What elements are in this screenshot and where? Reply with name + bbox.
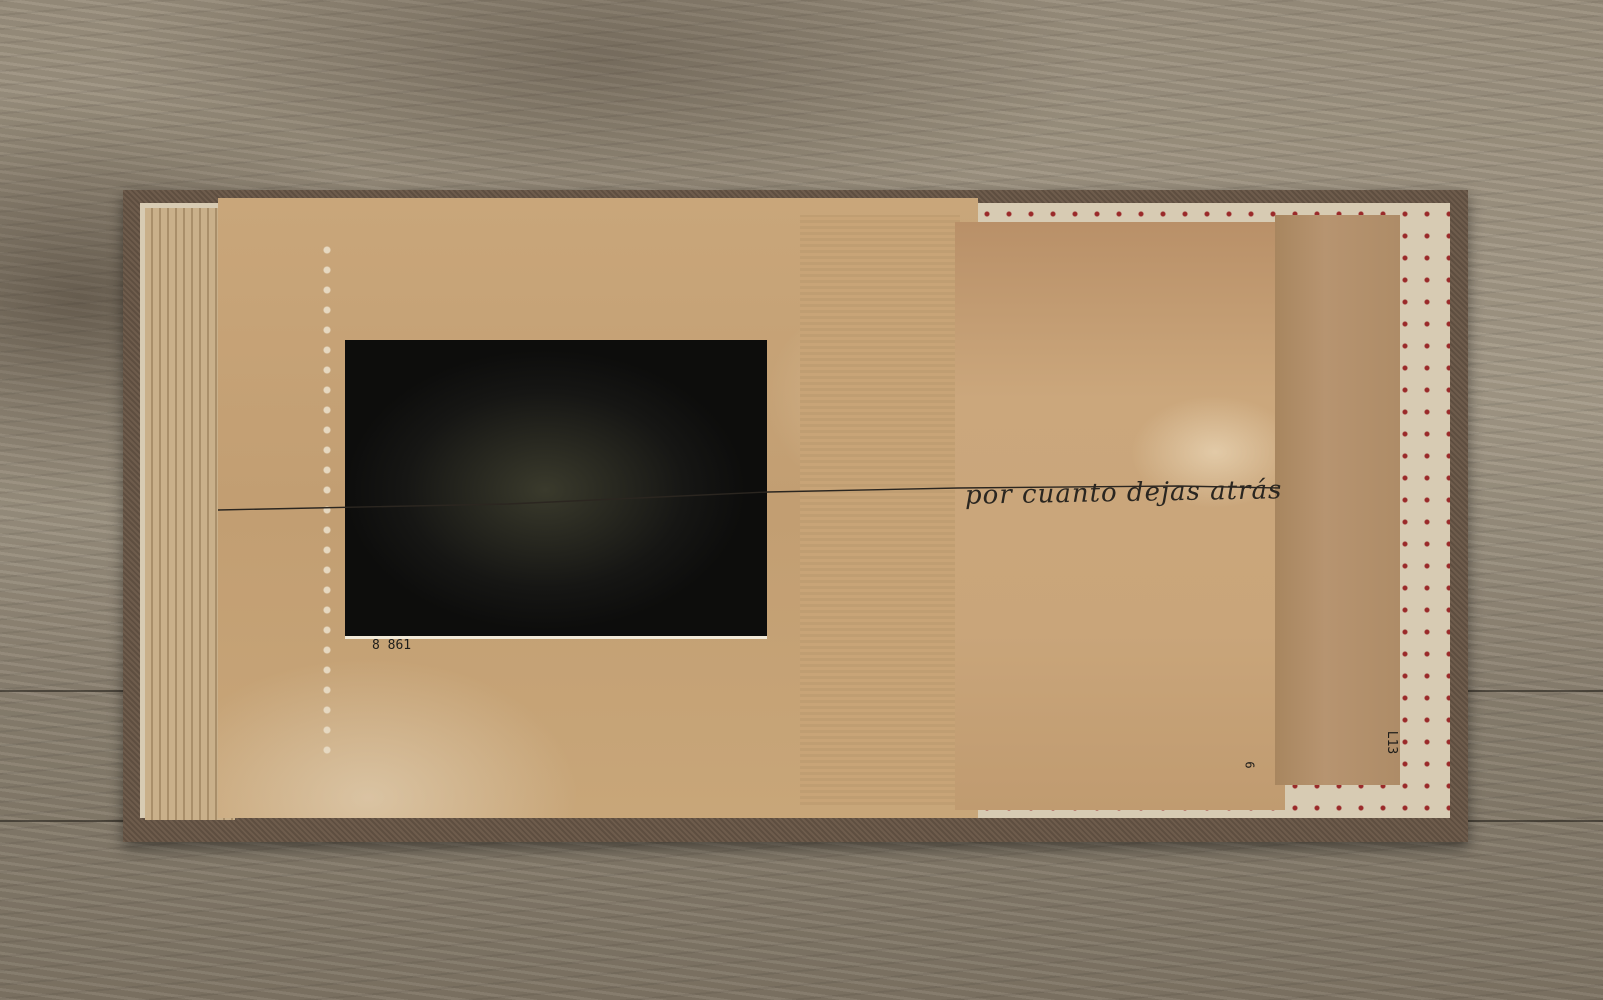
handwritten-caption: por cuanto dejas atrás	[965, 475, 1283, 511]
stamp-page: 6	[1243, 761, 1257, 768]
right-page	[955, 222, 1285, 810]
stamp-flap: L13	[1384, 731, 1399, 754]
paper-flap	[1275, 215, 1400, 785]
stamp-photo: 8 861	[372, 638, 411, 653]
